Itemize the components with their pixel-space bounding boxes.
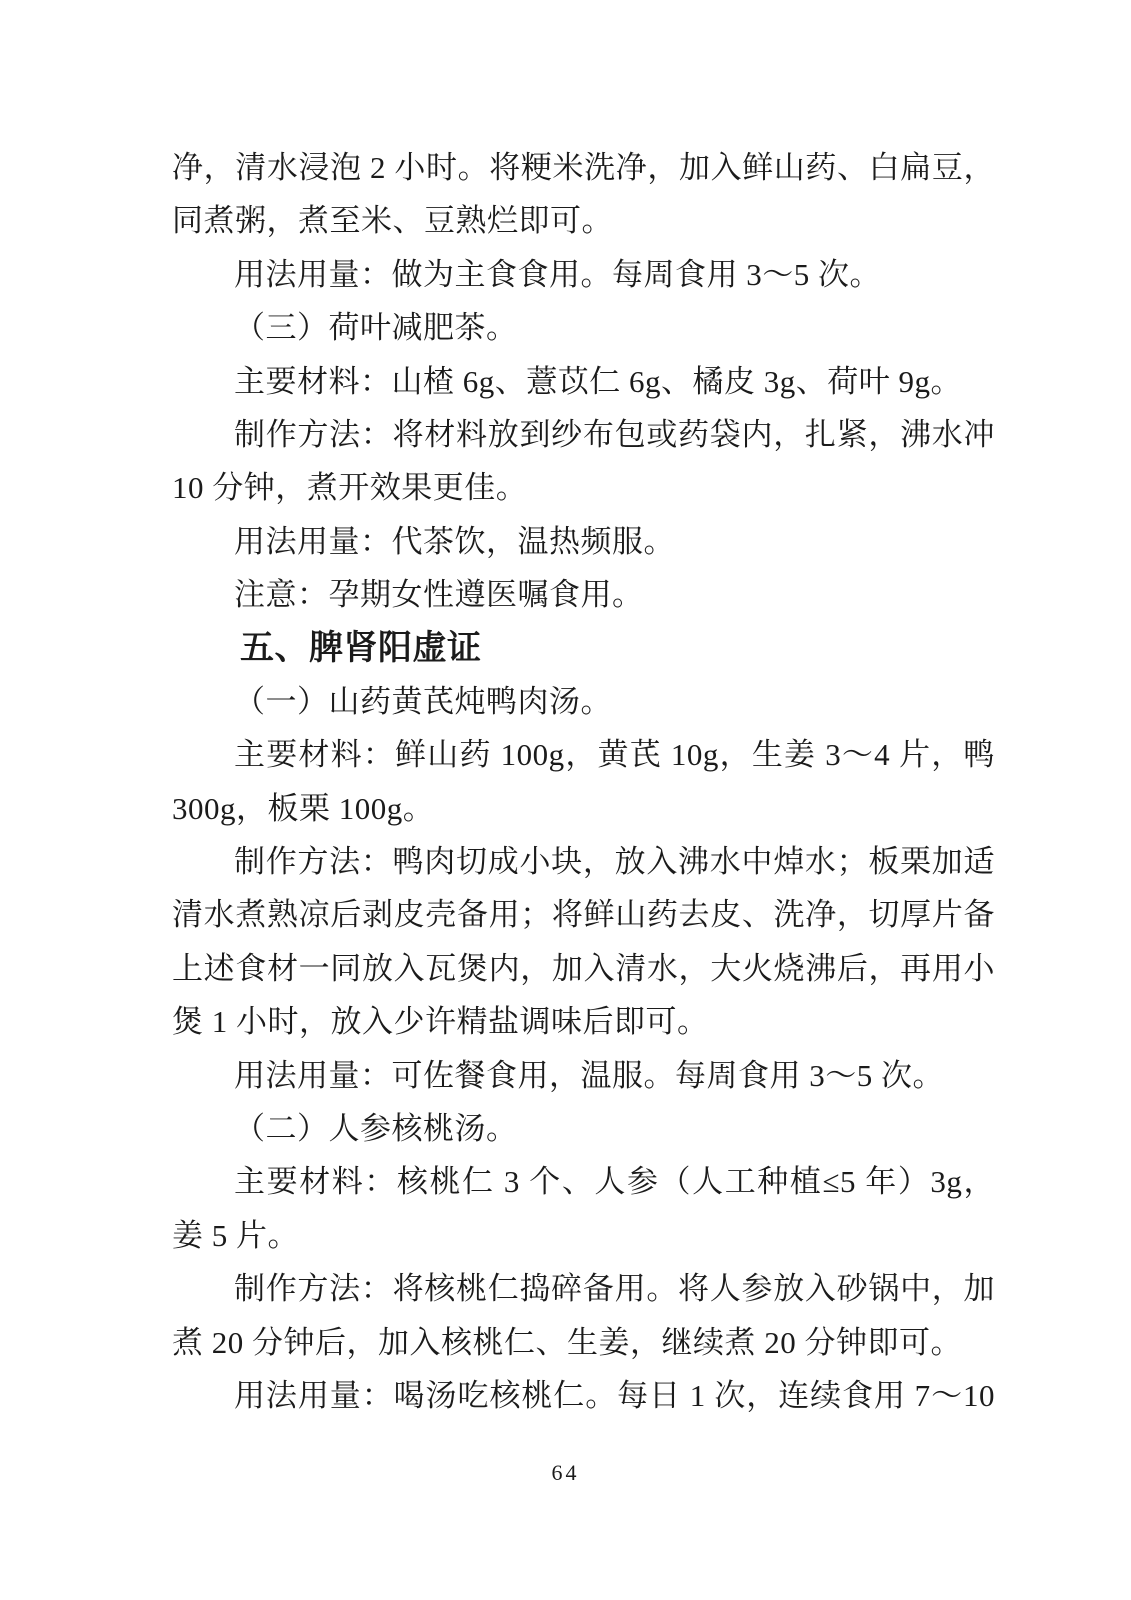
page-content: 净，清水浸泡 2 小时。将粳米洗净，加入鲜山药、白扁豆，一 同煮粥，煮至米、豆熟… — [172, 141, 995, 1422]
text-line: 用法用量：可佐餐食用，温服。每周食用 3～5 次。 — [172, 1049, 995, 1102]
section-heading: 五、脾肾阳虚证 — [172, 622, 995, 675]
text-line: 煲 1 小时，放入少许精盐调味后即可。 — [172, 995, 995, 1048]
text-line: 主要材料：山楂 6g、薏苡仁 6g、橘皮 3g、荷叶 9g。 — [172, 355, 995, 408]
text-line: 制作方法：将材料放到纱布包或药袋内，扎紧，沸水冲泡 — [172, 408, 995, 461]
subsection-title: （一）山药黄芪炖鸭肉汤。 — [172, 675, 995, 728]
text-line: 300g，板栗 100g。 — [172, 782, 995, 835]
text-line: 煮 20 分钟后，加入核桃仁、生姜，继续煮 20 分钟即可。 — [172, 1316, 995, 1369]
text-line: 主要材料：鲜山药 100g，黄芪 10g，生姜 3～4 片，鸭肉 — [172, 728, 995, 781]
subsection-title: （三）荷叶减肥茶。 — [172, 301, 995, 354]
text-line: 注意：孕期女性遵医嘱食用。 — [172, 568, 995, 621]
text-line: 主要材料：核桃仁 3 个、人参（人工种植≤5 年）3g，生 — [172, 1155, 995, 1208]
text-line: 同煮粥，煮至米、豆熟烂即可。 — [172, 194, 995, 247]
text-line: 用法用量：做为主食食用。每周食用 3～5 次。 — [172, 248, 995, 301]
document-page: 净，清水浸泡 2 小时。将粳米洗净，加入鲜山药、白扁豆，一 同煮粥，煮至米、豆熟… — [0, 0, 1131, 1600]
text-line: 制作方法：将核桃仁捣碎备用。将人参放入砂锅中，加水 — [172, 1262, 995, 1315]
page-number: 64 — [0, 1458, 1131, 1488]
subsection-title: （二）人参核桃汤。 — [172, 1102, 995, 1155]
text-line: 上述食材一同放入瓦煲内，加入清水，大火烧沸后，再用小火 — [172, 942, 995, 995]
text-line: 10 分钟，煮开效果更佳。 — [172, 461, 995, 514]
text-line: 净，清水浸泡 2 小时。将粳米洗净，加入鲜山药、白扁豆，一 — [172, 141, 995, 194]
text-line: 姜 5 片。 — [172, 1209, 995, 1262]
text-line: 制作方法：鸭肉切成小块，放入沸水中焯水；板栗加适量 — [172, 835, 995, 888]
text-line: 用法用量：喝汤吃核桃仁。每日 1 次，连续食用 7～10 天， — [172, 1369, 995, 1422]
text-line: 用法用量：代茶饮，温热频服。 — [172, 515, 995, 568]
text-line: 清水煮熟凉后剥皮壳备用；将鲜山药去皮、洗净，切厚片备用。 — [172, 888, 995, 941]
